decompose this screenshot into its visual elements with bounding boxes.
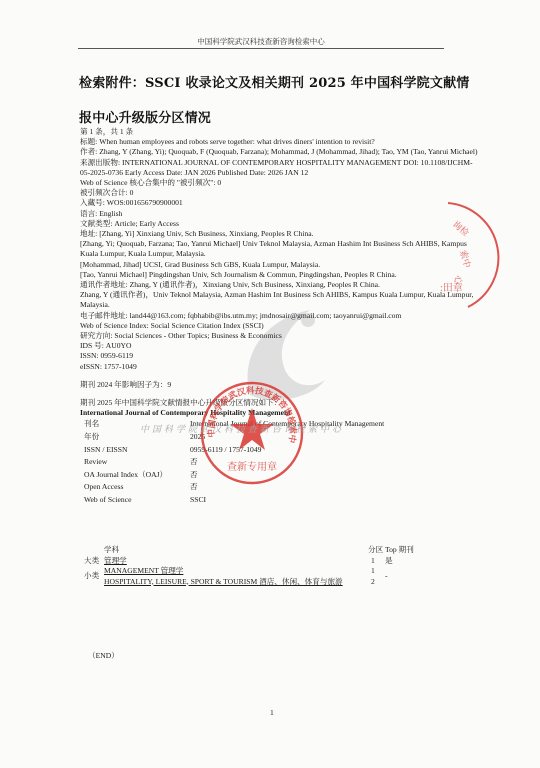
table-key: OA Journal Index（OAJ） [80,470,186,483]
subject-partition-table: 学科 分区 Top 期刊 大类 管理学 1 是 MANAGEMENT 管理学 1… [80,545,440,587]
table-row: 年份 2025 [80,432,384,445]
document-page: 中国科学院武汉科技查新咨询检索中心 检索附件：SSCI 收录论文及相关期刊 20… [0,0,540,768]
table-value: 否 [186,482,384,495]
table-key: Review [80,457,186,470]
table-key: 刊名 [80,419,186,432]
record-eissn: eISSN: 1757-1049 [80,362,480,372]
minor-category-row: HOSPITALITY, LEISURE, SPORT & TOURISM 酒店… [80,577,440,588]
record-doc-type: 文献类型: Article; Early Access [80,219,480,229]
table-row: OA Journal Index（OAJ） 否 [80,470,384,483]
table-key: Web of Science [80,495,186,508]
minor-zone-2: 2 [371,577,375,588]
table-row: ISSN / EISSN 0959-6119 / 1757-1049 [80,445,384,458]
record-body: 第 1 条，共 1 条 标题: When human employees and… [80,127,480,508]
record-emails: 电子邮件地址: land44@163.com; fqbhabib@ibs.utm… [80,311,480,321]
record-authors: 作者: Zhang, Y (Zhang, Yi); Quoquab, F (Qu… [80,147,480,157]
record-address-2: [Zhang, Yi; Quoquab, Farzana; Tao, Yanru… [80,239,480,259]
table-value: International Journal of Contemporary Ho… [186,419,384,432]
major-subject: 管理学 [104,556,127,567]
minor-category-row: MANAGEMENT 管理学 1 小类 - [80,566,440,577]
subject-header: 学科 [104,545,119,556]
minor-zone-1: 1 [371,566,375,577]
record-counter: 第 1 条，共 1 条 [80,127,480,137]
journal-info-table: 刊名 International Journal of Contemporary… [80,419,384,507]
record-wos-index: Web of Science Index: Social Science Cit… [80,321,480,331]
subject-header-row: 学科 分区 Top 期刊 [80,545,440,556]
record-source: 来源出版物: INTERNATIONAL JOURNAL OF CONTEMPO… [80,158,480,178]
record-corresponding-2: Zhang, Y (通讯作者)，Univ Teknol Malaysia, Az… [80,290,480,310]
table-value: 2025 [186,432,384,445]
zone-header: 分区 [368,545,383,556]
end-mark: （END） [88,650,119,661]
partition-journal-name: International Journal of Contemporary Ho… [80,408,480,418]
record-wos-citations: Web of Science 核心合集中的 "被引频次": 0 [80,178,480,188]
running-header: 中国科学院武汉科技查新咨询检索中心 [78,36,444,47]
major-label: 大类 [84,556,99,567]
table-key: 年份 [80,432,186,445]
record-issn: ISSN: 0959-6119 [80,351,480,361]
record-address-4: [Tao, Yanrui Michael] Pingdingshan Univ,… [80,270,480,280]
table-key: ISSN / EISSN [80,445,186,458]
impact-factor-line: 期刊 2024 年影响因子为：9 [80,380,480,390]
record-corresponding-1: 通讯作者地址: Zhang, Y (通讯作者)，Xinxiang Univ, S… [80,280,480,290]
minor-subject-1: MANAGEMENT 管理学 [104,566,183,577]
table-value: 0959-6119 / 1757-1049 [186,445,384,458]
record-language: 语言: English [80,209,480,219]
minor-subject-2: HOSPITALITY, LEISURE, SPORT & TOURISM 酒店… [104,577,343,588]
record-accession: 入藏号: WOS:001656790900001 [80,198,480,208]
top-header: Top 期刊 [385,545,414,556]
table-key: Open Access [80,482,186,495]
record-research-areas: 研究方向: Social Sciences - Other Topics; Bu… [80,331,480,341]
partition-intro: 期刊 2025 年中国科学院文献情报中心升级版分区情况如下： [80,398,480,408]
table-value: SSCI [186,495,384,508]
major-category-row: 大类 管理学 1 是 [80,556,440,567]
table-value: 否 [186,470,384,483]
table-row: Open Access 否 [80,482,384,495]
page-title: 检索附件：SSCI 收录论文及相关期刊 2025 年中国科学院文献情报中心升级版… [79,66,479,136]
major-top: 是 [385,556,393,567]
record-title: 标题: When human employees and robots serv… [80,137,480,147]
table-row: Review 否 [80,457,384,470]
record-address-3: [Mohammad, Jihad] UCSI, Grad Business Sc… [80,260,480,270]
major-zone: 1 [371,556,375,567]
table-row: 刊名 International Journal of Contemporary… [80,419,384,432]
page-number: 1 [270,708,274,717]
record-total-citations: 被引频次合计: 0 [80,188,480,198]
record-ids: IDS 号: AU0YO [80,341,480,351]
table-row: Web of Science SSCI [80,495,384,508]
table-value: 否 [186,457,384,470]
header-divider [78,48,444,49]
record-address-1: 地址: [Zhang, Yi] Xinxiang Univ, Sch Busin… [80,229,480,239]
